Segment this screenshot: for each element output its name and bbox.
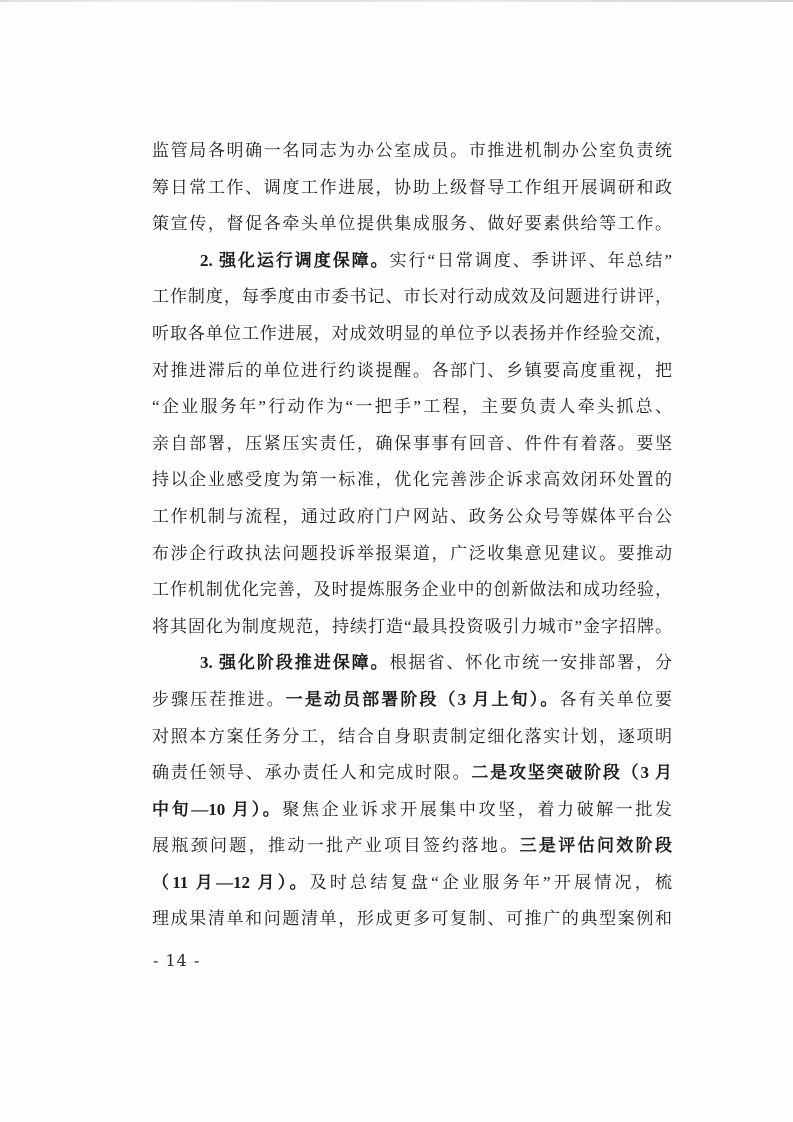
body-text-segment: 对照本方案任务分工，结合自身职责制定细化落实计划，逐项明 — [152, 727, 672, 746]
text-line: 展瓶颈问题，推动一批产业项目签约落地。三是评估问效阶段 — [152, 828, 672, 865]
emphasis-text: 二是攻坚突破阶段（3 月 — [471, 763, 672, 782]
text-line: 工作制度，每季度由市委书记、市长对行动成效及问题进行讲评， — [152, 279, 672, 316]
body-text-segment: 聚焦企业诉求开展集中攻坚，着力破解一批发 — [282, 800, 672, 819]
document-body: 监管局各明确一名同志为办公室成员。市推进机制办公室负责统筹日常工作、调度工作进展… — [152, 133, 672, 938]
text-line: 持以企业感受度为第一标准，优化完善涉企诉求高效闭环处置的 — [152, 462, 672, 499]
emphasis-text: 2. 强化运行调度保障。 — [200, 251, 390, 270]
body-text-segment: 工作机制与流程，通过政府门户网站、政务公众号等媒体平台公 — [152, 507, 672, 526]
emphasis-text: 3. 强化阶段推进保障。 — [200, 653, 390, 672]
text-line: 筹日常工作、调度工作进展，协助上级督导工作组开展调研和政 — [152, 170, 672, 207]
emphasis-text: 中旬—10 月）。 — [152, 800, 282, 819]
text-line: 布涉企行政执法问题投诉举报渠道，广泛收集意见建议。要推动 — [152, 536, 672, 573]
text-line: 对照本方案任务分工，结合自身职责制定细化落实计划，逐项明 — [152, 719, 672, 756]
text-line: “企业服务年”行动作为“一把手”工程，主要负责人牵头抓总、 — [152, 389, 672, 426]
text-line: 对推进滞后的单位进行约谈提醒。各部门、乡镇要高度重视，把 — [152, 353, 672, 390]
text-line: 听取各单位工作进展，对成效明显的单位予以表扬并作经验交流， — [152, 316, 672, 353]
text-line: 将其固化为制度规范，持续打造“最具投资吸引力城市”金字招牌。 — [152, 609, 672, 646]
scan-edge-artifact — [0, 0, 793, 2]
body-text-segment: 确责任领导、承办责任人和完成时限。 — [152, 763, 471, 782]
body-text-segment: 及时总结复盘“企业服务年”开展情况，梳 — [310, 873, 672, 892]
text-line: 工作机制与流程，通过政府门户网站、政务公众号等媒体平台公 — [152, 499, 672, 536]
emphasis-text: （11 月—12 月）。 — [152, 873, 310, 892]
text-line: 监管局各明确一名同志为办公室成员。市推进机制办公室负责统 — [152, 133, 672, 170]
body-text-segment: 工作制度，每季度由市委书记、市长对行动成效及问题进行讲评， — [152, 287, 672, 306]
body-text-segment: 对推进滞后的单位进行约谈提醒。各部门、乡镇要高度重视，把 — [152, 361, 672, 380]
text-line: 中旬—10 月）。聚焦企业诉求开展集中攻坚，着力破解一批发 — [152, 792, 672, 829]
body-text-segment: 各有关单位要 — [560, 690, 673, 709]
body-text-segment: 亲自部署，压紧压实责任，确保事事有回音、件件有着落。要坚 — [152, 434, 672, 453]
text-line: 步骤压茬推进。一是动员部署阶段（3 月上旬）。各有关单位要 — [152, 682, 672, 719]
emphasis-text: 三是评估问效阶段 — [520, 836, 672, 855]
text-line: 确责任领导、承办责任人和完成时限。二是攻坚突破阶段（3 月 — [152, 755, 672, 792]
body-text-segment: 实行“日常调度、季讲评、年总结” — [390, 251, 672, 270]
text-line: 3. 强化阶段推进保障。根据省、怀化市统一安排部署，分 — [152, 645, 672, 682]
page-number: - 14 - — [153, 951, 200, 970]
body-text-segment: 展瓶颈问题，推动一批产业项目签约落地。 — [152, 836, 520, 855]
text-line: 策宣传，督促各牵头单位提供集成服务、做好要素供给等工作。 — [152, 206, 672, 243]
body-text-segment: 筹日常工作、调度工作进展，协助上级督导工作组开展调研和政 — [152, 178, 672, 197]
body-text-segment: 布涉企行政执法问题投诉举报渠道，广泛收集意见建议。要推动 — [152, 544, 672, 563]
body-text-segment: “企业服务年”行动作为“一把手”工程，主要负责人牵头抓总、 — [152, 397, 672, 416]
text-line: 理成果清单和问题清单，形成更多可复制、可推广的典型案例和 — [152, 901, 672, 938]
body-text-segment: 持以企业感受度为第一标准，优化完善涉企诉求高效闭环处置的 — [152, 470, 672, 489]
emphasis-text: 一是动员部署阶段（3 月上旬）。 — [286, 690, 560, 709]
text-line: 亲自部署，压紧压实责任，确保事事有回音、件件有着落。要坚 — [152, 426, 672, 463]
body-text-segment: 监管局各明确一名同志为办公室成员。市推进机制办公室负责统 — [152, 141, 672, 160]
body-text-segment: 理成果清单和问题清单，形成更多可复制、可推广的典型案例和 — [152, 909, 672, 928]
text-line: 2. 强化运行调度保障。实行“日常调度、季讲评、年总结” — [152, 243, 672, 280]
body-text-segment: 策宣传，督促各牵头单位提供集成服务、做好要素供给等工作。 — [152, 214, 672, 233]
body-text-segment: 将其固化为制度规范，持续打造“最具投资吸引力城市”金字招牌。 — [152, 617, 672, 636]
body-text-segment: 工作机制优化完善，及时提炼服务企业中的创新做法和成功经验， — [152, 580, 672, 599]
document-page: 监管局各明确一名同志为办公室成员。市推进机制办公室负责统筹日常工作、调度工作进展… — [0, 0, 793, 1122]
text-line: 工作机制优化完善，及时提炼服务企业中的创新做法和成功经验， — [152, 572, 672, 609]
text-line: （11 月—12 月）。及时总结复盘“企业服务年”开展情况，梳 — [152, 865, 672, 902]
body-text-segment: 步骤压茬推进。 — [152, 690, 286, 709]
body-text-segment: 根据省、怀化市统一安排部署，分 — [390, 653, 672, 672]
body-text-segment: 听取各单位工作进展，对成效明显的单位予以表扬并作经验交流， — [152, 324, 672, 343]
